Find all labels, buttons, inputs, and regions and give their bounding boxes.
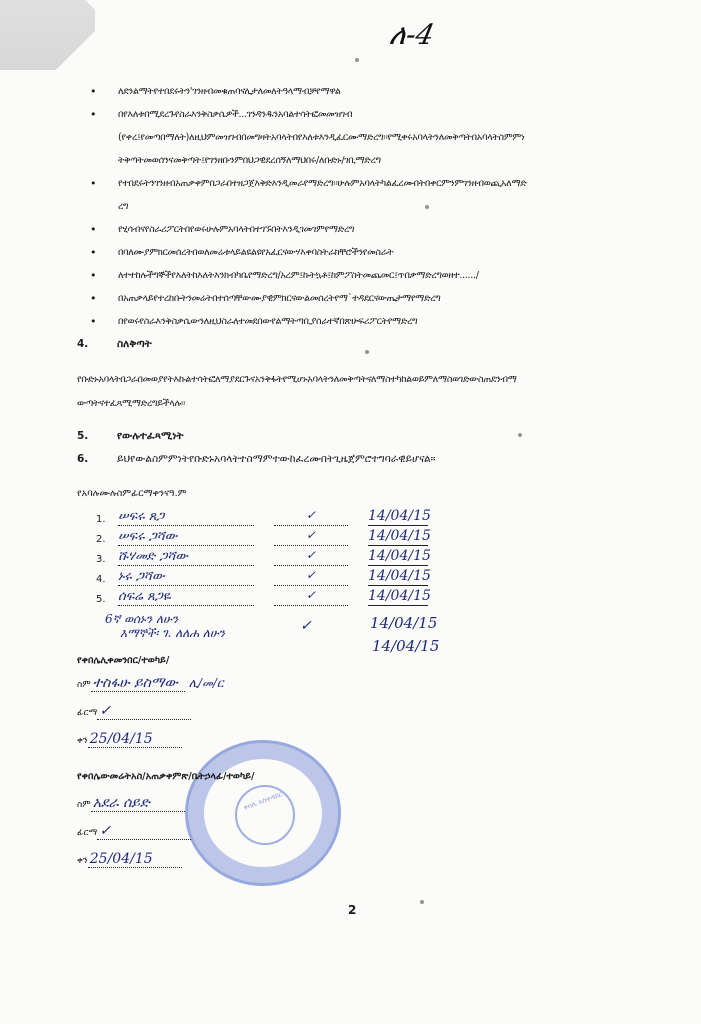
member-date: 14/04/15 xyxy=(368,568,428,586)
scan-speck xyxy=(425,205,429,209)
field-value: አደራ ሰይድ xyxy=(91,795,185,812)
field-label: ፊርማ xyxy=(77,828,97,838)
row-number: 3. xyxy=(96,554,106,565)
scan-speck xyxy=(355,58,359,62)
land-office-title: የቀበሌውመሬትአስ/አጠቃቀምጽ/ቤትኃላፊ/ተወካይ/ xyxy=(77,771,254,782)
row-number: 4. xyxy=(96,574,106,585)
bullet-item: በየእለቱበሚደረጉየስራእንቅስቃሴዎች...ገንዳንዱንአባልተሳትፎመመዝ… xyxy=(90,103,695,172)
bullet-item: የተበደሩትንገንዘብአጠቃቀምበጋራበተዘጋጀእቅድእንዲመራየማድረግ።ሁሉ… xyxy=(90,172,695,218)
scan-speck xyxy=(518,433,522,437)
bullet-item: በባለሙያምክርመሰረትበወለመሬቱላይልዩልዩየአፈርናውሃእቀባስትራክቸሮ… xyxy=(90,241,695,264)
member-name: ሰፍሬ ጸጋዬ xyxy=(118,588,254,606)
kebele-chair-name-field: ስምተስፋሁ ይስማውሊ/መ/ር xyxy=(77,675,224,692)
bullet-item: በየወሩየስራእንቅስቃሴውንለዚህስራለተመደበውየልማትጣቢያሰራተኛበጽሁ… xyxy=(90,310,695,333)
section-5-heading: 5.የውሉተፈጻሚነት xyxy=(77,430,183,443)
extra-member-date: 14/04/15 xyxy=(370,614,437,632)
member-signature: ✓ xyxy=(274,528,348,546)
member-name: ሠፍሩ ጸጋ xyxy=(118,508,254,526)
section-number: 6. xyxy=(77,453,117,465)
field-value: ✓ xyxy=(97,823,191,840)
section-body: ይህየውልስምምነትየቡድኑአባላትተስማምተውከፈረሙበትጊዜጀምሮተግባራዊ… xyxy=(117,453,436,465)
member-name: ሠፍሩ ጋሻው xyxy=(118,528,254,546)
member-date: 14/04/15 xyxy=(368,548,428,566)
row-number: 1. xyxy=(96,514,106,525)
paragraph-line: ውጣትናተፈጻሚማድረግይችላሉ። xyxy=(77,392,692,416)
kebele-chair-title: የቀበሌሊቀመንበር/ተወካይ/ xyxy=(77,655,169,666)
row-number: 2. xyxy=(96,534,106,545)
section-4-heading: 4.ስለቅጣት xyxy=(77,338,152,351)
member-date: 14/04/15 xyxy=(368,528,428,546)
responsibilities-bullet-list: ለደንልማትየተበደሩትን'ገንዘብመቁጠባናሊታለመለትዓላማብቻየማዋል በ… xyxy=(90,80,695,333)
land-office-name-field: ስምአደራ ሰይድ xyxy=(77,795,185,812)
field-label: ቀን xyxy=(77,736,88,746)
field-value: ✓ xyxy=(97,703,191,720)
field-label: ስም xyxy=(77,800,91,810)
scan-speck xyxy=(365,350,369,354)
bullet-item: በአጠቃላይየተረከቡትንመሬትበተሰጣቸውሙያዊምክርናውልመሰረትየማ`ተዳ… xyxy=(90,287,695,310)
member-name: ኑሩ ጋሻው xyxy=(118,568,254,586)
section-title: ስለቅጣት xyxy=(117,338,152,350)
witness-date: 14/04/15 xyxy=(372,637,439,655)
section-title: የውሉተፈጻሚነት xyxy=(117,430,183,442)
extra-member-signature: ✓ xyxy=(300,618,312,634)
field-value: 25/04/15 xyxy=(88,731,182,748)
bullet-item: የሂሳብናየስራሪፖርትበየወሩሁሉምአባላትበተገኙበትእንዲገመገምየማድረ… xyxy=(90,218,695,241)
member-signature: ✓ xyxy=(274,568,348,586)
member-name: ሹሃመድ ጋሻው xyxy=(118,548,254,566)
field-label: ስም xyxy=(77,680,91,690)
bullet-line: የተበደሩትንገንዘብአጠቃቀምበጋራበተዘጋጀእቅድእንዲመራየማድረግ።ሁሉ… xyxy=(118,172,695,195)
handwritten-page-reference: ለ-4 xyxy=(386,18,437,52)
scan-speck xyxy=(420,900,424,904)
land-office-date-field: ቀን25/04/15 xyxy=(77,851,182,868)
paragraph-line: የቡድኑአባላትበጋራበመወያየትእኩልተሳትፎለማያደርጉናአንቅፋትየሚሆኑ… xyxy=(77,368,692,392)
bullet-item: ለደንልማትየተበደሩትን'ገንዘብመቁጠባናሊታለመለትዓላማብቻየማዋል xyxy=(90,80,695,103)
witness-name: እማኞች፡ ገ. ለለሐ ለሁን xyxy=(120,626,225,641)
member-date: 14/04/15 xyxy=(368,588,428,606)
extra-member-name: 6ኛ ወሰኑን ለሁን xyxy=(105,612,178,627)
kebele-chair-signature-field: ፊርማ✓ xyxy=(77,703,191,720)
field-value: ተስፋሁ ይስማው xyxy=(91,675,185,692)
field-extra: ሊ/መ/ር xyxy=(189,676,224,690)
field-label: ቀን xyxy=(77,856,88,866)
member-signature: ✓ xyxy=(274,548,348,566)
page-number: 2 xyxy=(348,903,356,917)
member-signature: ✓ xyxy=(274,508,348,526)
section-4-body: የቡድኑአባላትበጋራበመወያየትእኩልተሳትፎለማያደርጉናአንቅፋትየሚሆኑ… xyxy=(77,368,692,416)
bullet-line: ረግ xyxy=(118,195,695,218)
member-signature: ✓ xyxy=(274,588,348,606)
page-corner-fold xyxy=(0,0,95,70)
field-value: 25/04/15 xyxy=(88,851,182,868)
bullet-line: ትቅጣትመወሰንናመቅጣት፤የገንዘቡንምበህጋዊደረሰኝለማህበሩ/ለቡድኑ/… xyxy=(118,149,695,172)
section-number: 5. xyxy=(77,430,117,442)
section-number: 4. xyxy=(77,338,117,350)
bullet-line: በየእለቱበሚደረጉየስራእንቅስቃሴዎች...ገንዳንዱንአባልተሳትፎመመዝ… xyxy=(118,103,695,126)
official-stamp: ቀበሌ አስተዳደር xyxy=(185,740,341,886)
members-signature-label: የአባሉሙሉስምፊርማቀንናዓ.ም xyxy=(77,488,187,499)
member-date: 14/04/15 xyxy=(368,508,428,526)
kebele-chair-date-field: ቀን25/04/15 xyxy=(77,731,182,748)
row-number: 5. xyxy=(96,594,106,605)
field-label: ፊርማ xyxy=(77,708,97,718)
land-office-signature-field: ፊርማ✓ xyxy=(77,823,191,840)
section-6-text: 6.ይህየውልስምምነትየቡድኑአባላትተስማምተውከፈረሙበትጊዜጀምሮተግባ… xyxy=(77,453,436,466)
bullet-line: (የቀረ፤የመጣበማለት)ለዚህምመዝገብበመግዛትአባላትበየእለቱእንዲፈር… xyxy=(118,126,695,149)
bullet-item: ለተተከሉችግኞችየእለትከእለትእንክብካቤየማድረግ/አረም፤ኩትኳቶ፤ከም… xyxy=(90,264,695,287)
